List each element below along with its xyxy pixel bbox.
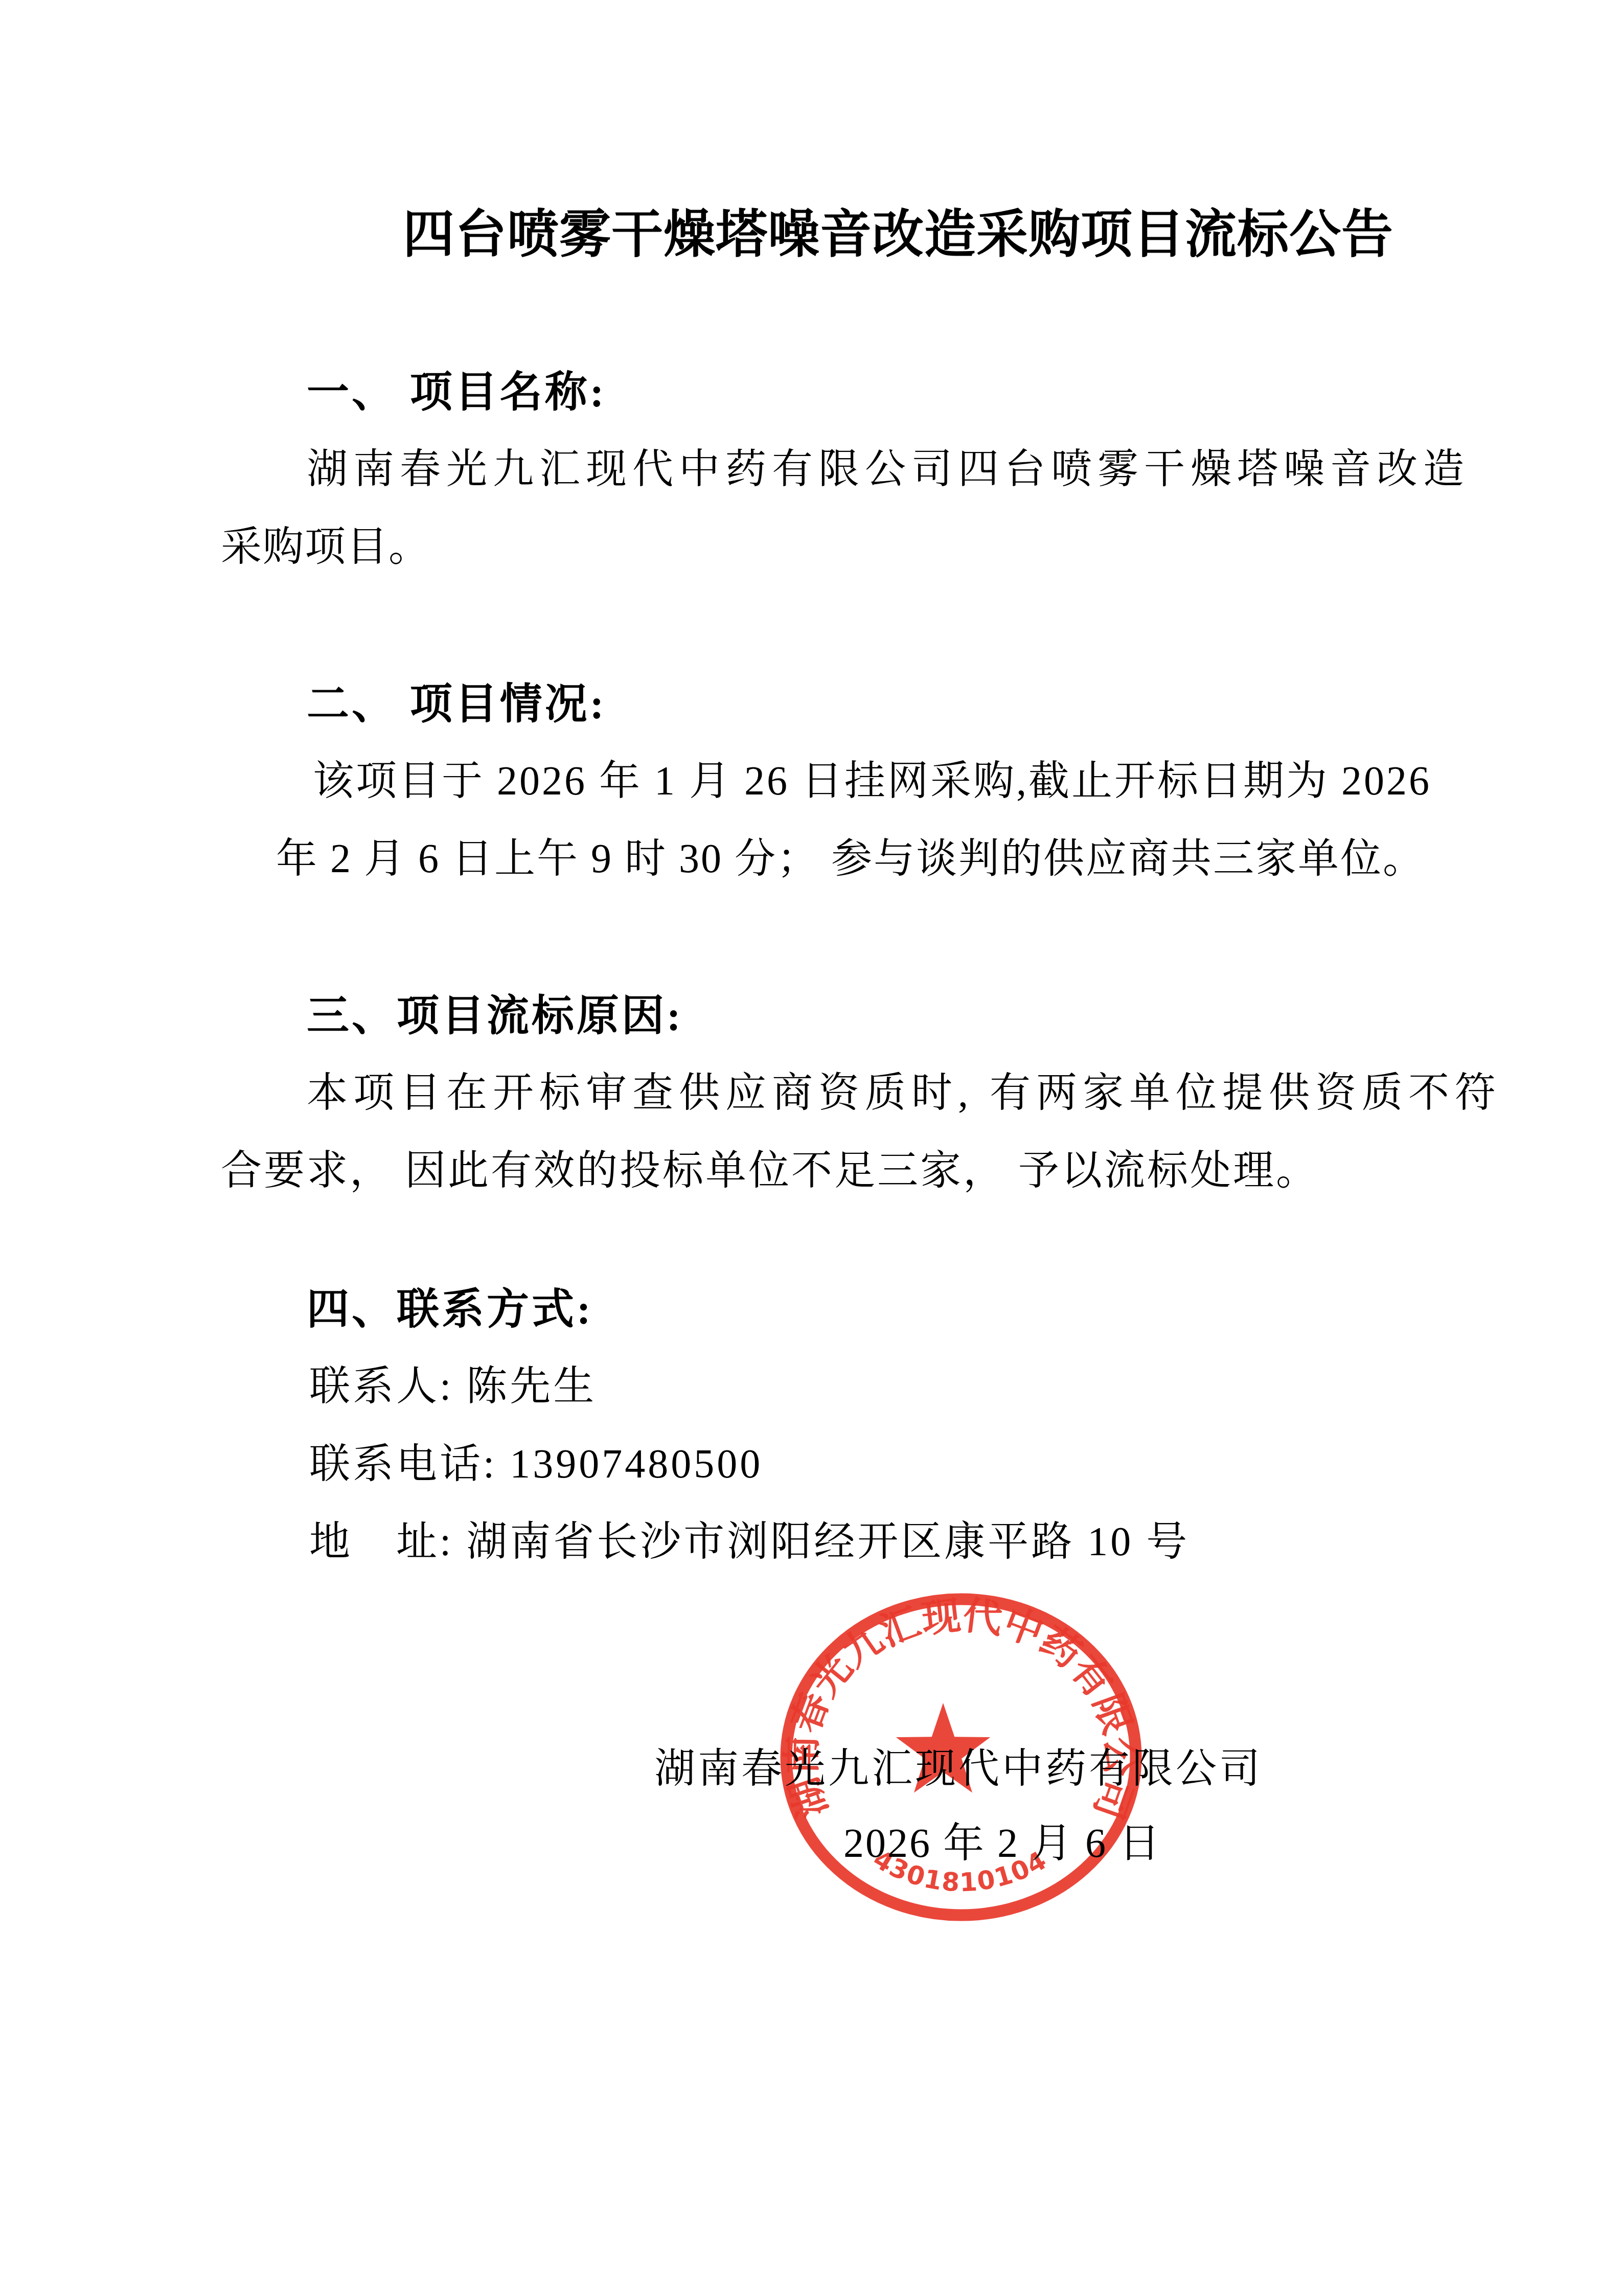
- signature-date: 2026 年 2 月 6 日: [843, 1821, 1161, 1866]
- section-2-heading: 二、 项目情况:: [307, 681, 606, 728]
- contact-person-line: 联系人: 陈先生: [309, 1364, 597, 1409]
- announcement-document-page: 四台喷雾干燥塔噪音改造采购项目流标公告 一、 项目名称: 湖南春光九汇现代中药有…: [0, 0, 1623, 2296]
- signature-company-name: 湖南春光九汇现代中药有限公司: [654, 1746, 1263, 1791]
- section-2-line-1: 该项目于 2026 年 1 月 26 日挂网采购,截止开标日期为 2026: [313, 759, 1431, 804]
- section-4-heading: 四、联系方式:: [307, 1286, 593, 1333]
- contact-address-line: 地 址: 湖南省长沙市浏阳经开区康平路 10 号: [309, 1519, 1190, 1564]
- page-title: 四台喷雾干燥塔噪音改造采购项目流标公告: [403, 206, 1393, 263]
- section-1-line-1: 湖南春光九汇现代中药有限公司四台喷雾干燥塔噪音改造: [307, 447, 1470, 492]
- section-3-line-1: 本项目在开标审查供应商资质时, 有两家单位提供资质不符: [307, 1071, 1501, 1116]
- section-2-line-2: 年 2 月 6 日上午 9 时 30 分； 参与谈判的供应商共三家单位。: [276, 836, 1425, 881]
- section-1-heading: 一、 项目名称:: [307, 369, 606, 416]
- section-1-line-2: 采购项目。: [221, 525, 430, 570]
- contact-phone-line: 联系电话: 13907480500: [309, 1442, 763, 1487]
- section-3-line-2: 合要求， 因此有效的投标单位不足三家， 予以流标处理。: [221, 1148, 1319, 1193]
- section-3-heading: 三、项目流标原因:: [307, 993, 683, 1039]
